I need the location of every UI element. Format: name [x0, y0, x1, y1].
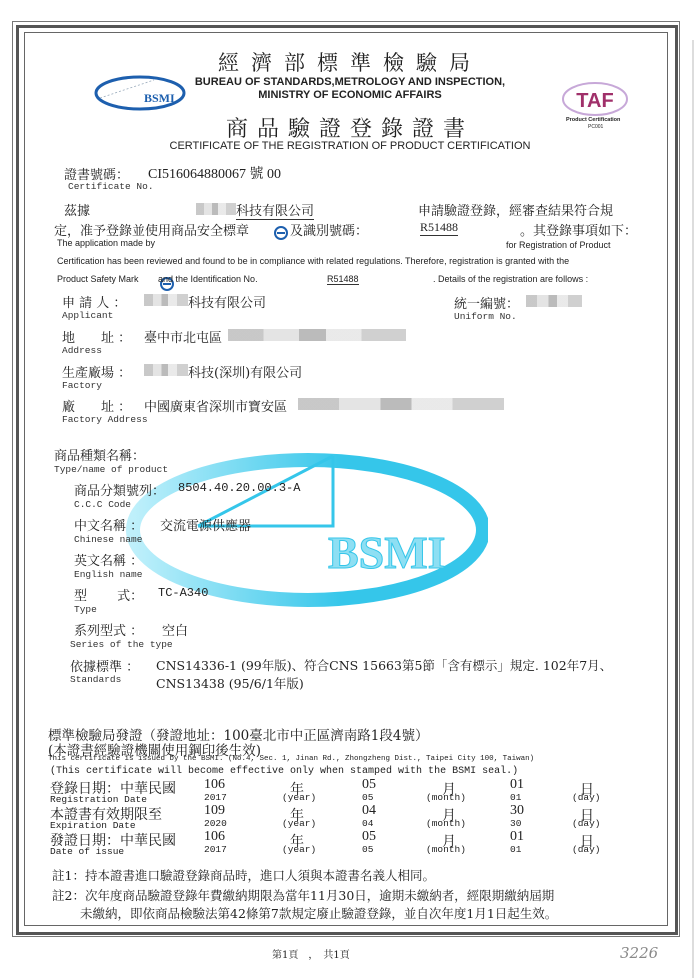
certificate-title-en: CERTIFICATE OF THE REGISTRATION OF PRODU…: [0, 140, 700, 152]
date-day: 30: [510, 803, 524, 819]
page-indicator: 第1頁 ， 共1頁: [272, 946, 350, 961]
applicant-label: 申 請 人 ：: [62, 292, 126, 311]
standards-line1: CNS14336-1 (99年版)、符合CNS 15663第5節「含有標示」規定…: [156, 656, 612, 674]
certificate-number-label-en: Certificate No.: [68, 181, 154, 192]
address-value: 臺中市北屯區: [144, 327, 222, 346]
english-name-label: 英文名稱 ：: [74, 550, 143, 569]
redacted-applicant: [144, 294, 188, 306]
note-1: 註1：持本證書進口驗證登錄商品時，進口人須與本證書名義人相同。: [52, 866, 435, 884]
statement-en-line1: The application made by: [57, 238, 155, 248]
standards-label: 依據標準 ：: [70, 656, 139, 675]
date-ad-year: 2020: [204, 818, 227, 829]
factory-address-label-en: Factory Address: [62, 414, 148, 425]
statement-line2-suffix: 。其登錄事項如下：: [520, 220, 637, 239]
date-month-en: (month): [426, 818, 466, 829]
chinese-name-label-en: Chinese name: [74, 534, 142, 545]
redacted-company-name: [196, 203, 236, 215]
address-label: 地 址 ：: [62, 327, 131, 346]
model-label: 型 式：: [74, 585, 143, 604]
date-month: 05: [362, 777, 376, 793]
statement-en-line3-mid: and the Identification No.: [158, 274, 258, 284]
standards-line2: CNS13438 (95/6/1年版): [156, 674, 304, 692]
statement-en-line2: Certification has been reviewed and foun…: [57, 256, 569, 266]
date-day-en: (day): [572, 792, 601, 803]
ccc-code-label: 商品分類號列：: [74, 480, 165, 499]
factory-label: 生產廠場 ：: [62, 362, 131, 381]
model-value: TC-A340: [158, 586, 208, 600]
date-month-en-value: 05: [362, 844, 373, 855]
date-day-en-value: 01: [510, 792, 521, 803]
date-day-en-value: 01: [510, 844, 521, 855]
factory-address-value: 中國廣東省深圳市寶安區: [144, 396, 287, 415]
identification-number: R51488: [420, 220, 458, 236]
scan-edge: [692, 40, 694, 978]
date-label-en: Date of issue: [50, 846, 124, 857]
factory-address-label: 廠 址 ：: [62, 396, 131, 415]
series-value: 空白: [162, 620, 188, 639]
statement-company: 科技有限公司: [236, 200, 314, 220]
redacted-factory-address: [298, 398, 504, 410]
date-day: 01: [510, 777, 524, 793]
date-roc-year: 109: [204, 803, 225, 819]
svg-text:TAF: TAF: [576, 90, 613, 112]
redacted-uniform-number: [526, 295, 582, 307]
date-year-en: (year): [282, 792, 316, 803]
model-label-en: Type: [74, 604, 97, 615]
certificate-number-value: CI516064880067 號 00: [148, 163, 281, 183]
date-ad-year: 2017: [204, 844, 227, 855]
statement-line1-suffix: 申請驗證登錄，經審查結果符合規: [418, 200, 613, 219]
statement-en-line3-suffix: . Details of the registration are follow…: [433, 274, 588, 284]
statement-en-id: R51488: [327, 274, 359, 285]
date-year-en: (year): [282, 818, 316, 829]
address-label-en: Address: [62, 345, 102, 356]
note-2-line1: 註2：次年度商品驗證登錄年費繳納期限為當年11月30日，逾期未繳納者，經限期繳納…: [52, 886, 554, 904]
uniform-number-label: 統一編號：: [454, 293, 519, 312]
date-month-en-value: 04: [362, 818, 373, 829]
certificate-title-cn: 商品驗證登錄證書: [0, 112, 700, 143]
date-day-en-value: 30: [510, 818, 521, 829]
statement-line2-mid: 及識別號碼：: [290, 220, 368, 239]
handwritten-note: 3226: [620, 944, 658, 962]
english-name-label-en: English name: [74, 569, 142, 580]
date-month-en-value: 05: [362, 792, 373, 803]
date-month-en: (month): [426, 792, 466, 803]
date-month-en: (month): [426, 844, 466, 855]
issuer-line4: (This certificate will become effective …: [50, 766, 518, 777]
uniform-number-label-en: Uniform No.: [454, 311, 517, 322]
date-month: 04: [362, 803, 376, 819]
chinese-name-value: 交流電源供應器: [160, 515, 251, 534]
statement-line2-prefix: 定，准予登錄並使用商品安全標章: [54, 220, 249, 239]
statement-en-line1-right: for Registration of Product: [506, 240, 611, 250]
date-roc-year: 106: [204, 829, 225, 845]
statement-en-line3-prefix: Product Safety Mark: [57, 274, 139, 284]
date-day: 01: [510, 829, 524, 845]
date-day-en: (day): [572, 844, 601, 855]
date-year-en: (year): [282, 844, 316, 855]
redacted-factory: [144, 364, 188, 376]
series-label: 系列型式 ：: [74, 620, 143, 639]
date-roc-year: 106: [204, 777, 225, 793]
factory-value: 科技(深圳)有限公司: [188, 362, 302, 381]
issuer-line3: This certificate is issued by the BSMI. …: [48, 755, 534, 763]
svg-text:BSMI: BSMI: [328, 527, 446, 578]
product-type-label-en: Type/name of product: [54, 464, 168, 475]
note-2-line2: 未繳納，即依商品檢驗法第42條第7款規定廢止驗證登錄，並自次年度1月1日起生效。: [80, 904, 557, 922]
factory-label-en: Factory: [62, 380, 102, 391]
chinese-name-label: 中文名稱 ：: [74, 515, 143, 534]
series-label-en: Series of the type: [70, 639, 173, 650]
ccc-code-label-en: C.C.C Code: [74, 499, 131, 510]
statement-prefix: 茲據: [64, 200, 90, 219]
applicant-value: 科技有限公司: [188, 292, 266, 311]
agency-name-cn: 經濟部標準檢驗局: [0, 47, 700, 77]
ccc-code-value: 8504.40.20.00.3-A: [178, 481, 300, 495]
product-safety-mark-icon: [274, 226, 288, 240]
redacted-address: [228, 329, 406, 341]
product-type-label: 商品種類名稱：: [54, 445, 145, 464]
standards-label-en: Standards: [70, 674, 121, 685]
date-day-en: (day): [572, 818, 601, 829]
applicant-label-en: Applicant: [62, 310, 113, 321]
date-ad-year: 2017: [204, 792, 227, 803]
date-month: 05: [362, 829, 376, 845]
